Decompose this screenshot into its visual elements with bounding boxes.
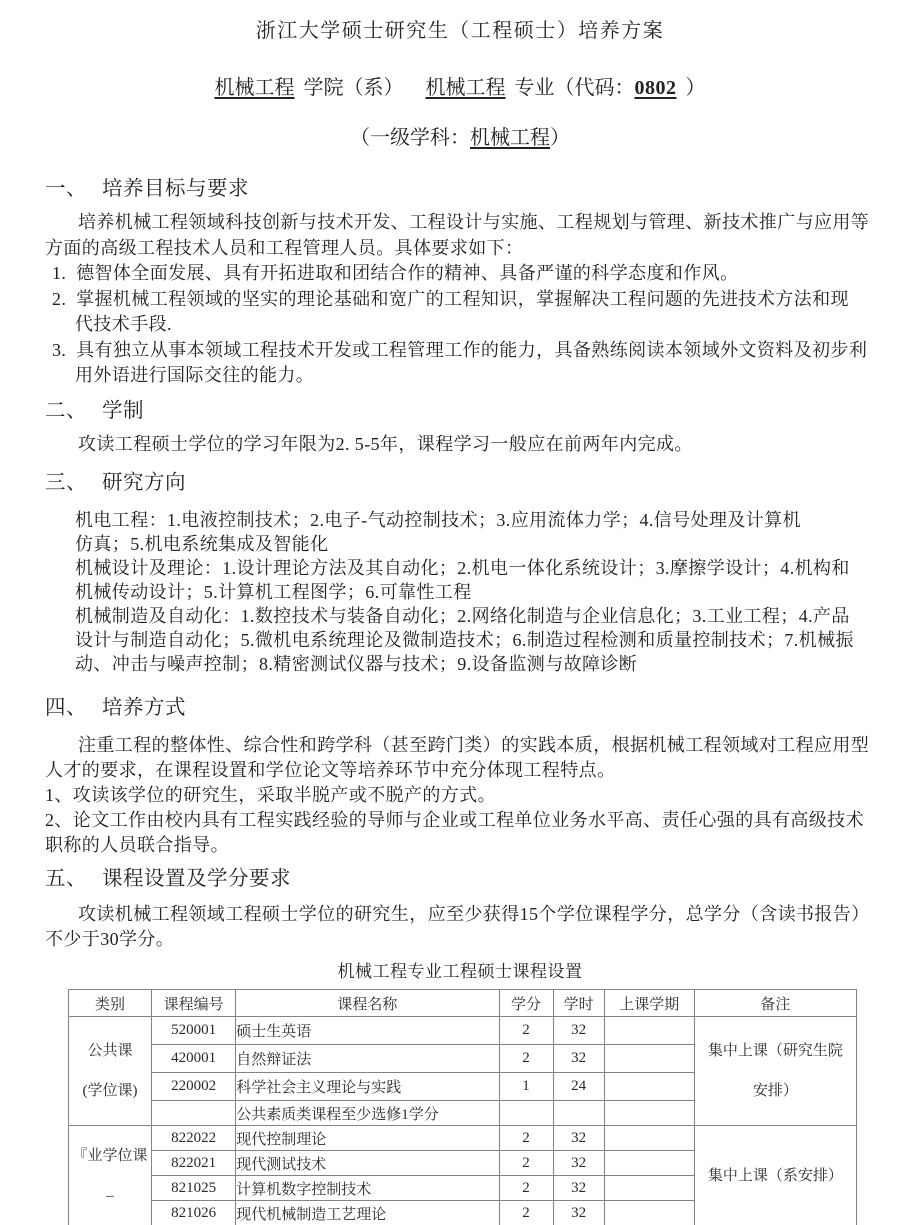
section-title: 培养方式 — [102, 697, 186, 719]
section-body-goals: 培养机械工程领域科技创新与技术开发、工程设计与实施、工程规划与管理、新技术推广与… — [45, 210, 875, 389]
paragraph-line: 不少于30学分。 — [45, 927, 875, 952]
course-code-cell: 822021 — [152, 1151, 236, 1176]
hours-cell: 32 — [553, 1126, 604, 1151]
header-category: 类别 — [69, 990, 152, 1017]
hours-cell: 32 — [553, 1201, 604, 1225]
header-semester: 上课学期 — [604, 990, 694, 1017]
course-name-cell: 计算机数字控制技术 — [236, 1176, 499, 1201]
course-code-cell — [152, 1101, 236, 1126]
paragraph-line: 1、攻读该学位的研究生，采取半脱产或不脱产的方式。 — [45, 783, 875, 808]
document-page: 浙江大学硕士研究生（工程硕士）培养方案 机械工程学院（系）机械工程专业（代码：0… — [0, 0, 920, 1225]
course-table: 类别 课程编号 课程名称 学分 学时 上课学期 备注 公共课 (学位课) 520… — [68, 989, 857, 1225]
hours-cell — [553, 1101, 604, 1126]
discipline-line: （一级学科：机械工程） — [45, 125, 875, 151]
department-major-line: 机械工程学院（系）机械工程专业（代码：0802） — [45, 75, 875, 101]
section-heading-goals: 一、培养目标与要求 — [45, 176, 875, 203]
paragraph-line: 攻读机械工程领域工程硕士学位的研究生，应至少获得15个学位课程学分，总学分（含读… — [78, 902, 875, 927]
paragraph-line: 仿真；5.机电系统集成及智能化 — [75, 532, 875, 556]
course-name-cell: 公共素质类课程至少选修1学分 — [236, 1101, 499, 1126]
course-code-cell: 420001 — [152, 1045, 236, 1073]
paragraph-line: 攻读工程硕士学位的学习年限为2. 5-5年，课程学习一般应在前两年内完成。 — [78, 432, 875, 458]
credits-cell: 2 — [499, 1126, 553, 1151]
course-code-cell: 821025 — [152, 1176, 236, 1201]
department-name: 机械工程 — [215, 77, 295, 99]
section-heading-courses: 五、课程设置及学分要求 — [45, 866, 875, 893]
section-heading-duration: 二、学制 — [45, 398, 875, 425]
credits-cell: 1 — [499, 1073, 553, 1101]
category-cell: 公共课 (学位课) — [69, 1017, 152, 1126]
course-name-cell: 硕士生英语 — [236, 1017, 499, 1045]
section-title: 学制 — [102, 400, 144, 422]
semester-cell — [604, 1176, 694, 1201]
course-code-cell: 520001 — [152, 1017, 236, 1045]
course-name-cell: 现代控制理论 — [236, 1126, 499, 1151]
header-remarks: 备注 — [694, 990, 856, 1017]
paragraph-line: 培养机械工程领域科技创新与技术开发、工程设计与实施、工程规划与管理、新技术推广与… — [78, 210, 875, 236]
section-body-mode: 注重工程的整体性、综合性和跨学科（甚至跨门类）的实践本质，根据机械工程领域对工程… — [45, 733, 875, 858]
hours-cell: 32 — [553, 1017, 604, 1045]
table-header-row: 类别 课程编号 课程名称 学分 学时 上课学期 备注 — [69, 990, 857, 1017]
list-item-line: 代技术手段. — [75, 312, 875, 338]
section-body-research: 机电工程：1.电液控制技术；2.电子-气动控制技术；3.应用流体力学；4.信号处… — [45, 508, 875, 676]
semester-cell — [604, 1126, 694, 1151]
list-item-line: 1. 德智体全面发展、具有开拓进取和团结合作的精神、具备严谨的科学态度和作风。 — [52, 261, 875, 287]
table-row: 『业学位课 – 822022 现代控制理论 2 32 集中上课（系安排） — [69, 1126, 857, 1151]
header-hours: 学时 — [553, 990, 604, 1017]
section-title: 课程设置及学分要求 — [102, 868, 291, 890]
list-item-line: 用外语进行国际交往的能力。 — [75, 363, 875, 389]
semester-cell — [604, 1073, 694, 1101]
semester-cell — [604, 1101, 694, 1126]
remarks-cell: 集中上课（研究生院 安排） — [694, 1017, 856, 1126]
paragraph-line: 设计与制造自动化；5.微机电系统理论及微制造技术；6.制造过程检测和质量控制技术… — [75, 628, 875, 652]
discipline-prefix: （一级学科： — [350, 127, 470, 149]
course-name-cell: 自然辩证法 — [236, 1045, 499, 1073]
course-name-cell: 现代测试技术 — [236, 1151, 499, 1176]
paragraph-line: 方面的高级工程技术人员和工程管理人员。具体要求如下： — [45, 236, 875, 262]
major-close-paren: ） — [686, 77, 706, 99]
list-item-line: 2. 掌握机械工程领域的坚实的理论基础和宽广的工程知识，掌握解决工程问题的先进技… — [52, 287, 875, 313]
course-name-cell: 现代机械制造工艺理论 — [236, 1201, 499, 1225]
credits-cell: 2 — [499, 1176, 553, 1201]
paragraph-line: 2、论文工作由校内具有工程实践经验的导师与企业或工程单位业务水平高、责任心强的具… — [45, 808, 875, 833]
hours-cell: 24 — [553, 1073, 604, 1101]
section-heading-research: 三、研究方向 — [45, 470, 875, 497]
table-row: 公共课 (学位课) 520001 硕士生英语 2 32 集中上课（研究生院 安排… — [69, 1017, 857, 1045]
credits-cell: 2 — [499, 1151, 553, 1176]
category-cell: 『业学位课 – — [69, 1126, 152, 1225]
section-number: 四、 — [45, 697, 87, 719]
paragraph-line: 注重工程的整体性、综合性和跨学科（甚至跨门类）的实践本质，根据机械工程领域对工程… — [78, 733, 875, 758]
section-title: 研究方向 — [102, 472, 186, 494]
semester-cell — [604, 1201, 694, 1225]
major-label: 专业（代码： — [515, 77, 635, 99]
paragraph-line: 机电工程：1.电液控制技术；2.电子-气动控制技术；3.应用流体力学；4.信号处… — [75, 508, 875, 532]
section-body-duration: 攻读工程硕士学位的学习年限为2. 5-5年，课程学习一般应在前两年内完成。 — [45, 432, 875, 458]
section-number: 一、 — [45, 178, 87, 200]
section-number: 五、 — [45, 868, 87, 890]
hours-cell: 32 — [553, 1151, 604, 1176]
major-code: 0802 — [635, 77, 677, 99]
course-code-cell: 220002 — [152, 1073, 236, 1101]
discipline-suffix: ） — [550, 127, 570, 149]
credits-cell: 2 — [499, 1045, 553, 1073]
section-heading-mode: 四、培养方式 — [45, 695, 875, 722]
document-title: 浙江大学硕士研究生（工程硕士）培养方案 — [45, 18, 875, 44]
course-code-cell: 822022 — [152, 1126, 236, 1151]
section-body-courses: 攻读机械工程领域工程硕士学位的研究生，应至少获得15个学位课程学分，总学分（含读… — [45, 902, 875, 952]
paragraph-line: 职称的人员联合指导。 — [45, 833, 875, 858]
paragraph-line: 动、冲击与噪声控制；8.精密测试仪器与技术；9.设备监测与故障诊断 — [75, 652, 875, 676]
header-credits: 学分 — [499, 990, 553, 1017]
section-number: 二、 — [45, 400, 87, 422]
paragraph-line: 机械制造及自动化：1.数控技术与装备自动化；2.网络化制造与企业信息化；3.工业… — [75, 604, 875, 628]
major-name: 机械工程 — [426, 77, 506, 99]
remarks-cell: 集中上课（系安排） — [694, 1126, 856, 1225]
semester-cell — [604, 1151, 694, 1176]
course-name-cell: 科学社会主义理论与实践 — [236, 1073, 499, 1101]
paragraph-line: 机械传动设计；5.计算机工程图学；6.可靠性工程 — [75, 580, 875, 604]
header-course-name: 课程名称 — [236, 990, 499, 1017]
paragraph-line: 人才的要求，在课程设置和学位论文等培养环节中充分体现工程特点。 — [45, 758, 875, 783]
semester-cell — [604, 1017, 694, 1045]
paragraph-line: 机械设计及理论：1.设计理论方法及其自动化；2.机电一体化系统设计；3.摩擦学设… — [75, 556, 875, 580]
course-code-cell: 821026 — [152, 1201, 236, 1225]
department-label: 学院（系） — [304, 77, 404, 99]
hours-cell: 32 — [553, 1176, 604, 1201]
hours-cell: 32 — [553, 1045, 604, 1073]
semester-cell — [604, 1045, 694, 1073]
discipline-name: 机械工程 — [470, 127, 550, 149]
credits-cell: 2 — [499, 1201, 553, 1225]
credits-cell: 2 — [499, 1017, 553, 1045]
course-table-title: 机械工程专业工程硕士课程设置 — [45, 961, 875, 983]
section-number: 三、 — [45, 472, 87, 494]
credits-cell — [499, 1101, 553, 1126]
list-item-line: 3. 具有独立从事本领域工程技术开发或工程管理工作的能力，具备熟练阅读本领域外文… — [52, 338, 875, 364]
section-title: 培养目标与要求 — [102, 178, 249, 200]
header-course-code: 课程编号 — [152, 990, 236, 1017]
